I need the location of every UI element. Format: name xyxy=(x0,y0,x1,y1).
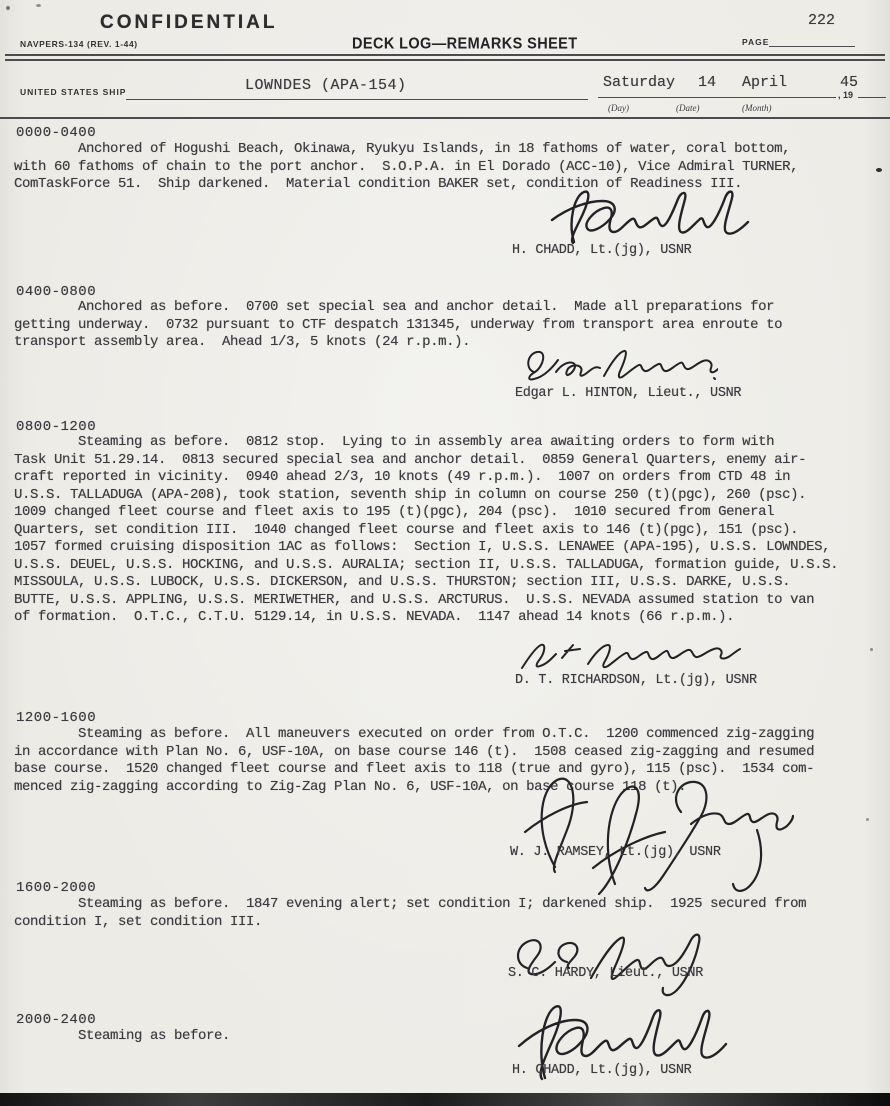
signature-handwritten xyxy=(540,186,770,248)
signature-handwritten xyxy=(495,772,795,897)
entry-text: Steaming as before. xyxy=(14,1028,886,1046)
scan-speck xyxy=(870,648,873,651)
date-day: Saturday xyxy=(603,74,675,91)
header-rule-top xyxy=(5,54,885,56)
scan-bottom-edge xyxy=(0,1093,890,1106)
classification-stamp: CONFIDENTIAL xyxy=(100,12,277,34)
date-date: 14 xyxy=(698,74,716,91)
month-caption: (Month) xyxy=(742,103,772,113)
body-top-rule xyxy=(0,117,890,119)
signature-typed: D. T. RICHARDSON, Lt.(jg), USNR xyxy=(515,673,757,688)
day-caption: (Day) xyxy=(608,103,629,113)
ship-name-line xyxy=(126,99,588,100)
scan-speck xyxy=(36,4,41,7)
deck-log-page: CONFIDENTIAL 222 PAGE NAVPERS-134 (REV. … xyxy=(0,0,890,1106)
year-prefix: , 19 xyxy=(838,90,853,100)
page-number-line xyxy=(769,46,855,47)
entry-text: Anchored as before. 0700 set special sea… xyxy=(14,299,886,352)
ship-label: UNITED STATES SHIP xyxy=(20,87,126,97)
ship-name: LOWNDES (APA-154) xyxy=(245,77,407,94)
date-caption: (Date) xyxy=(676,103,700,113)
signature-handwritten xyxy=(518,342,718,388)
entry-time-range: 1200-1600 xyxy=(16,710,96,726)
entry-time-range: 0000-0400 xyxy=(16,125,96,141)
form-number: NAVPERS-134 (REV. 1-44) xyxy=(20,39,138,49)
date-line xyxy=(598,97,836,98)
date-month: April xyxy=(742,74,787,91)
signature-typed: H. CHADD, Lt.(jg), USNR xyxy=(512,1063,691,1078)
page-number: 222 xyxy=(808,12,835,29)
signature-typed: Edgar L. HINTON, Lieut., USNR xyxy=(515,386,741,401)
signature-handwritten xyxy=(512,636,742,676)
signature-typed: S. C. HARDY, Lieut., USNR xyxy=(508,966,703,981)
entry-time-range: 0400-0800 xyxy=(16,284,96,300)
signature-typed: H. CHADD, Lt.(jg), USNR xyxy=(512,243,691,258)
entry-text: Steaming as before. 0812 stop. Lying to … xyxy=(14,434,886,627)
entry-time-range: 0800-1200 xyxy=(16,419,96,435)
form-title: DECK LOG—REMARKS SHEET xyxy=(352,35,578,52)
signature-handwritten xyxy=(505,928,715,998)
date-year: 45 xyxy=(840,74,858,91)
entry-text: Steaming as before. 1847 evening alert; … xyxy=(14,896,886,931)
scan-speck xyxy=(866,818,869,821)
year-line xyxy=(858,97,886,98)
header-rule-bottom xyxy=(5,59,885,61)
scan-speck xyxy=(6,6,10,10)
scan-speck xyxy=(876,168,882,172)
signature-typed: W. J. RAMSEY, Lt.(jg), USNR xyxy=(510,845,721,860)
page-label: PAGE xyxy=(742,37,769,47)
entry-time-range: 2000-2400 xyxy=(16,1012,96,1028)
entry-time-range: 1600-2000 xyxy=(16,880,96,896)
